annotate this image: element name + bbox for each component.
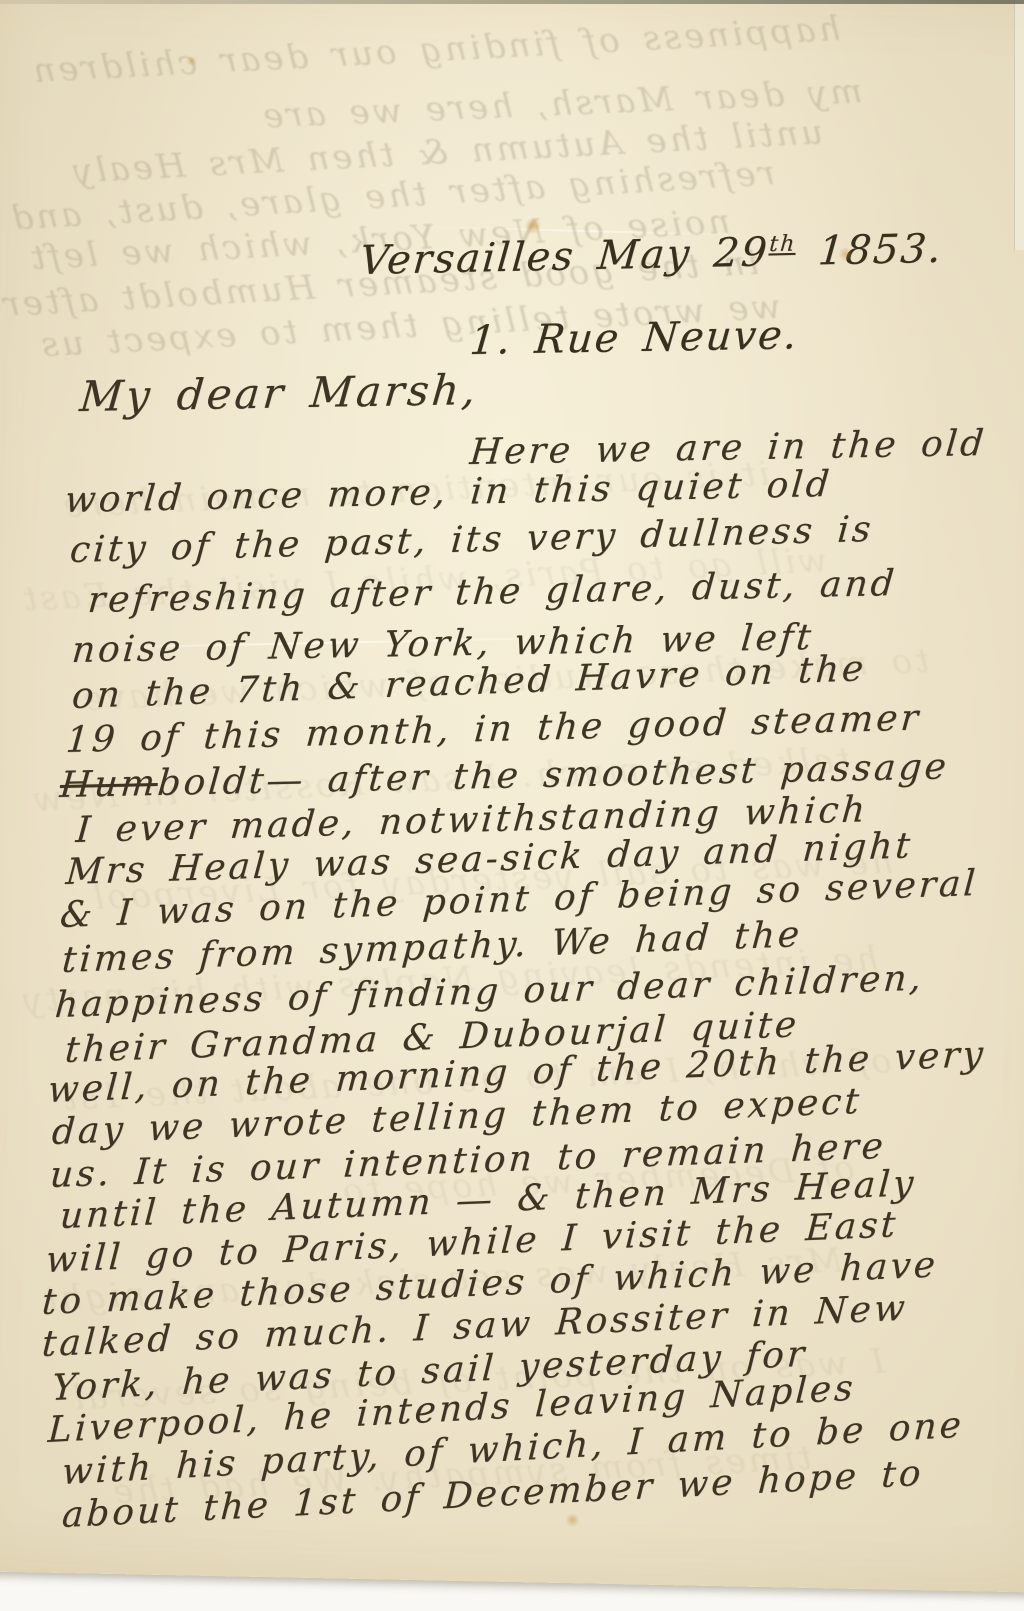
scan-backdrop: happiness of finding our dear children m…: [0, 0, 1024, 1611]
stain-spot: [838, 247, 853, 261]
dateline-superscript: th: [768, 232, 797, 258]
struck-word-fragment: Hum: [58, 763, 159, 806]
stain-spot: [524, 218, 542, 234]
scan-top-edge-shadow: [0, 0, 1024, 4]
stain-spot: [565, 1513, 580, 1527]
dateline-text: Versailles May 29: [358, 229, 770, 284]
dateline-year: 1853.: [794, 226, 945, 275]
scan-right-edge: [1014, 0, 1024, 250]
letter-content: happiness of finding our dear children m…: [0, 0, 1024, 1611]
salutation: My dear Marsh,: [78, 365, 481, 421]
stain-spot: [186, 56, 197, 66]
address-line: 1. Rue Neuve.: [468, 312, 801, 364]
